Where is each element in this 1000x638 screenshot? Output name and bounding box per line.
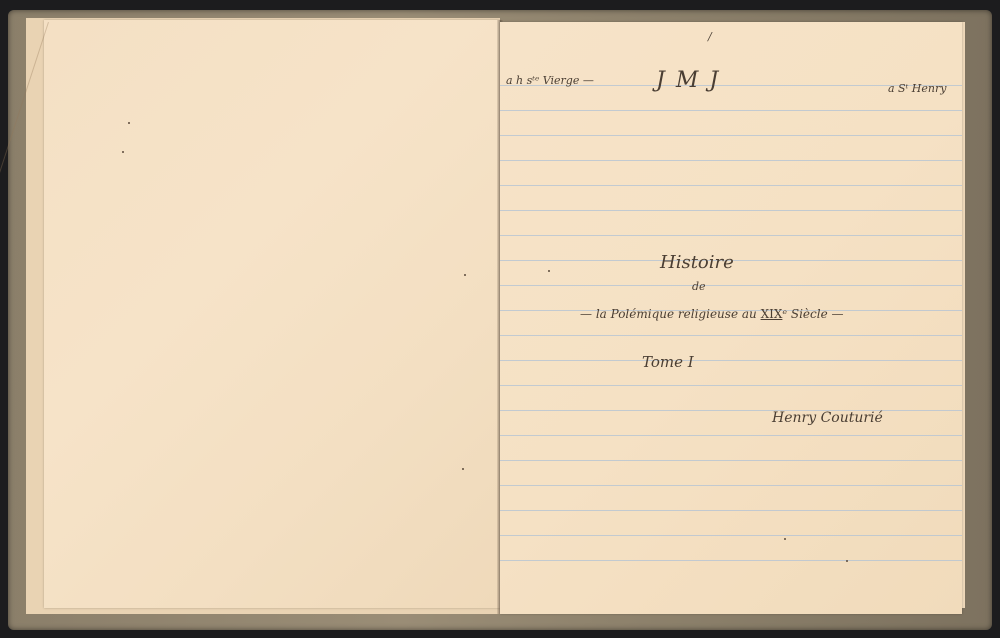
ruled-line (500, 410, 962, 411)
paper-speck (846, 560, 848, 562)
header-center-monogram: J M J (656, 68, 720, 93)
author-signature: Henry Couturié (772, 410, 883, 426)
ruled-line (500, 110, 962, 111)
paper-speck (128, 122, 130, 124)
ruled-line (500, 285, 962, 286)
ruled-line (500, 210, 962, 211)
title-line-de: de (692, 280, 706, 293)
left-page-blank (44, 20, 500, 608)
ruled-line (500, 460, 962, 461)
ruled-line (500, 435, 962, 436)
page-mark: / (708, 30, 712, 43)
title-subject-suffix: ᵉ Siècle — (782, 307, 843, 321)
ruled-line (500, 560, 962, 561)
ruled-line (500, 535, 962, 536)
paper-speck (462, 468, 464, 470)
ruled-line (500, 160, 962, 161)
header-left-dedication: a h sᵗᵉ Vierge — (506, 74, 594, 87)
paper-speck (122, 151, 124, 153)
title-subject-prefix: — la Polémique religieuse au (580, 307, 761, 321)
ruled-line (500, 360, 962, 361)
paper-speck (464, 274, 466, 276)
ruled-line (500, 135, 962, 136)
ruled-line (500, 185, 962, 186)
ruled-line (500, 235, 962, 236)
ruled-line (500, 510, 962, 511)
ruled-line (500, 485, 962, 486)
paper-speck (784, 538, 786, 540)
right-page-title-page: / a h sᵗᵉ Vierge — J M J a Sᵗ Henry Hist… (500, 22, 962, 614)
title-line-histoire: Histoire (660, 252, 734, 273)
title-century-numeral: XIX (761, 307, 783, 321)
paper-speck (548, 270, 550, 272)
header-right-dedication: a Sᵗ Henry (888, 82, 946, 95)
ruled-line (500, 385, 962, 386)
volume-label: Tome I (642, 353, 694, 371)
ruled-line (500, 335, 962, 336)
title-line-subject: — la Polémique religieuse au XIXᵉ Siècle… (580, 307, 844, 321)
